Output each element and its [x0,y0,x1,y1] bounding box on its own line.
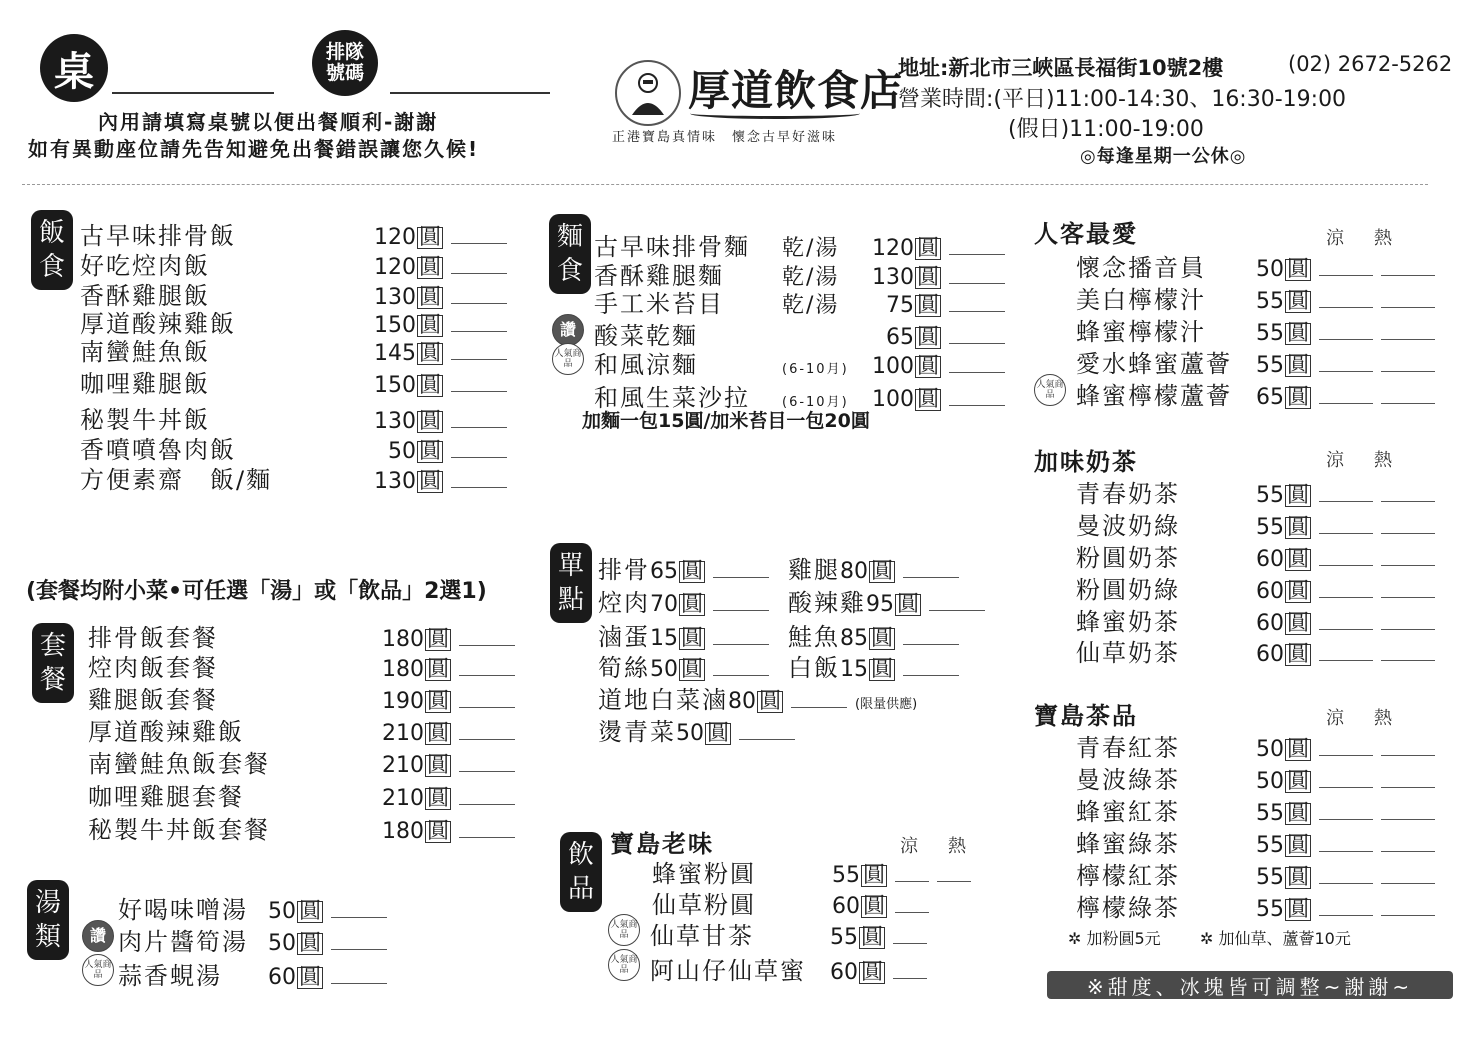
menu-item-name: 仙草甘茶 [650,916,828,951]
yuan-unit: 圓 [1285,899,1311,921]
quantity-blank[interactable] [1381,628,1435,630]
menu-item-name: 檸檬綠茶 [1076,888,1254,923]
menu-item-price: 15 [840,657,868,682]
quantity-blank[interactable] [451,426,507,428]
quantity-blank[interactable] [1319,306,1373,308]
menu-item-price: 55 [1254,833,1284,858]
popular-badge-icon: 人氣商品 [82,954,114,986]
yuan-unit: 圓 [1285,803,1311,825]
a-la-carte-item: 筍絲50圓 [598,648,769,683]
quantity-blank[interactable] [1319,402,1373,404]
noodle-addon-note: 加麵一包15圓/加米苔目一包20圓 [582,406,870,433]
menu-item-price: 55 [1254,897,1284,922]
quantity-blank[interactable] [1381,659,1435,661]
yuan-unit: 圓 [417,375,443,397]
seat-change-note: 如有異動座位請先告知避免出餐錯誤讓您久候! [28,133,479,162]
menu-item-name: 南蠻鮭魚飯 [80,332,370,367]
quantity-blank[interactable] [1381,306,1435,308]
quantity-blank[interactable] [895,911,929,913]
quantity-blank[interactable] [903,674,959,676]
menu-item-name: 肉片醬筍湯 [118,922,266,957]
yuan-unit: 圓 [757,691,783,713]
soup-section-tag: 湯類 [27,880,69,960]
quantity-blank[interactable] [1381,532,1435,534]
menu-item-price: 50 [266,899,296,924]
yuan-unit: 圓 [425,723,451,745]
menu-item-name: 蜂蜜檸檬蘆薈 [1076,376,1254,411]
quantity-blank[interactable] [893,942,927,944]
menu-item-row: 手工米苔目乾/湯75圓 [594,284,1005,319]
yuan-unit: 圓 [915,356,941,378]
a-la-carte-item: 白飯15圓 [788,648,959,683]
recommend-badge-icon: 讚 [552,314,584,346]
menu-item-row: 檸檬綠茶55圓 [1076,888,1435,923]
menu-item-name: 秘製牛丼飯套餐 [88,810,378,845]
quantity-blank[interactable] [459,803,515,805]
a-la-carte-section-tag: 單點 [550,543,592,623]
rice-section-tag: 飯食 [31,210,73,290]
menu-item-row: 蒜香蜆湯60圓 [118,956,387,991]
menu-item-name: 筍絲 [598,648,650,683]
quantity-blank[interactable] [459,706,515,708]
menu-item-row: 秘製牛丼飯套餐180圓 [88,810,515,845]
menu-item-name: 青春奶茶 [1076,474,1254,509]
queue-number-field[interactable] [390,92,550,94]
island-tea-title: 寶島茶品 [1034,696,1138,731]
yuan-unit: 圓 [297,933,323,955]
menu-item-row: 仙草粉圓60圓 [652,885,929,920]
menu-item-price: 210 [378,721,424,746]
menu-item-name: 仙草奶茶 [1076,633,1254,668]
quantity-blank[interactable] [929,609,985,611]
yuan-unit: 圓 [1285,387,1311,409]
menu-item-name: 滷蛋 [598,617,650,652]
yuan-unit: 圓 [297,967,323,989]
quantity-blank[interactable] [949,342,1005,344]
menu-item-row: 咖哩雞腿套餐210圓 [88,777,515,812]
menu-item-row: 蜂蜜粉圓55圓 [652,854,971,889]
yuan-unit: 圓 [425,821,451,843]
quantity-blank[interactable] [1319,338,1373,340]
quantity-blank[interactable] [1381,914,1435,916]
menu-item-row: 好喝味噌湯50圓 [118,890,387,925]
yuan-unit: 圓 [1285,355,1311,377]
yuan-unit: 圓 [1285,259,1311,281]
noodle-section-tag: 麵食 [549,214,591,294]
menu-item-row: 青春紅茶50圓 [1076,728,1435,763]
menu-item-option: 乾/湯 [782,288,868,319]
quantity-blank[interactable] [451,486,507,488]
addon-grass-jelly-note: ✲ 加仙草、蘆薈10元 [1200,926,1351,949]
yuan-unit: 圓 [425,788,451,810]
yuan-unit: 圓 [861,896,887,918]
popular-badge-icon: 人氣商品 [608,914,640,946]
menu-item-price: 50 [1254,737,1284,762]
yuan-unit: 圓 [1285,323,1311,345]
menu-item-name: 青春紅茶 [1076,728,1254,763]
menu-item-name: 曼波綠茶 [1076,760,1254,795]
quantity-blank[interactable] [1319,786,1373,788]
menu-item-row: 南蠻鮭魚飯145圓 [80,332,507,367]
a-la-carte-item: 滷蛋15圓 [598,617,769,652]
yuan-unit: 圓 [1285,517,1311,539]
menu-item-row: 蜂蜜檸檬蘆薈65圓 [1076,376,1435,411]
quantity-blank[interactable] [1381,882,1435,884]
quantity-blank[interactable] [903,643,959,645]
yuan-unit: 圓 [1285,771,1311,793]
yuan-unit: 圓 [679,561,705,583]
menu-item-price: 210 [378,753,424,778]
menu-item-price: 60 [1254,547,1284,572]
menu-item-row: 粉圓奶綠60圓 [1076,570,1435,605]
a-la-carte-item: 道地白菜滷80圓(限量供應) [598,680,917,715]
menu-item-price: 55 [828,925,858,950]
quantity-blank[interactable] [1381,754,1435,756]
menu-item-price: 100 [868,387,914,412]
yuan-unit: 圓 [705,723,731,745]
favorites-cold-header: 涼 [1326,224,1344,250]
quantity-blank[interactable] [331,982,387,984]
store-phone: (02) 2672-5262 [1288,52,1452,76]
menu-item-row: 方便素齋 飯/麵130圓 [80,460,507,495]
menu-item-row: 蜂蜜奶茶60圓 [1076,602,1435,637]
menu-item-name: 蜂蜜粉圓 [652,854,830,889]
menu-item-price: 50 [1254,257,1284,282]
quantity-blank[interactable] [1319,659,1373,661]
chef-portrait-icon [628,69,668,117]
store-address: 地址:新北市三峽區長福街10號2樓 [898,52,1223,82]
menu-item-name: 焢肉飯套餐 [88,648,378,683]
popular-badge-icon: 人氣商品 [608,949,640,981]
quantity-blank[interactable] [1381,500,1435,502]
menu-item-price: 50 [1254,769,1284,794]
yuan-unit: 圓 [1285,291,1311,313]
quantity-blank[interactable] [1319,274,1373,276]
menu-item-name: 焢肉 [598,583,650,618]
quantity-blank[interactable] [937,880,971,882]
quantity-blank[interactable] [459,836,515,838]
menu-item-price: 55 [1254,483,1284,508]
menu-item-name: 厚道酸辣雞飯 [88,712,378,747]
set-meal-note: (套餐均附小菜•可任選「湯」或「飲品」2選1) [26,574,487,605]
menu-item-price: 100 [868,354,914,379]
quantity-blank[interactable] [451,242,507,244]
menu-item-price: 60 [266,965,296,990]
menu-item-price: 50 [266,931,296,956]
a-la-carte-item: 鮭魚85圓 [788,617,959,652]
menu-item-row: 焢肉飯套餐180圓 [88,648,515,683]
island-tea-cold-header: 涼 [1326,704,1344,730]
quantity-blank[interactable] [949,253,1005,255]
menu-item-name: 蜂蜜檸檬汁 [1076,312,1254,347]
menu-item-price: 65 [650,559,678,584]
menu-item-row: 肉片醬筍湯50圓 [118,922,387,957]
yuan-unit: 圓 [417,343,443,365]
quantity-blank[interactable] [1319,500,1373,502]
menu-item-row: 厚道酸辣雞飯210圓 [88,712,515,747]
menu-item-row: 青春奶茶55圓 [1076,474,1435,509]
table-label-badge: 桌 [40,34,108,102]
menu-item-row: 仙草奶茶60圓 [1076,633,1435,668]
quantity-blank[interactable] [459,770,515,772]
yuan-unit: 圓 [869,659,895,681]
menu-item-name: 好喝味噌湯 [118,890,266,925]
menu-item-name: 酸辣雞 [788,583,866,618]
quantity-blank[interactable] [1381,818,1435,820]
menu-item-price: 180 [378,657,424,682]
yuan-unit: 圓 [1285,644,1311,666]
quantity-blank[interactable] [459,644,515,646]
yuan-unit: 圓 [859,927,885,949]
menu-item-row: 曼波奶綠55圓 [1076,506,1435,541]
menu-item-row: 雞腿飯套餐190圓 [88,680,515,715]
yuan-unit: 圓 [1285,581,1311,603]
menu-item-price: 55 [1254,801,1284,826]
quantity-blank[interactable] [1319,532,1373,534]
menu-item-name: 檸檬紅茶 [1076,856,1254,891]
menu-item-name: 方便素齋 飯/麵 [80,460,370,495]
yuan-unit: 圓 [1285,867,1311,889]
yuan-unit: 圓 [679,659,705,681]
menu-item-price: 55 [1254,865,1284,890]
yuan-unit: 圓 [425,691,451,713]
menu-item-price: 150 [370,373,416,398]
quantity-blank[interactable] [903,576,959,578]
menu-item-row: 蜂蜜檸檬汁55圓 [1076,312,1435,347]
a-la-carte-item: 酸辣雞95圓 [788,583,985,618]
a-la-carte-item: 焢肉70圓 [598,583,769,618]
menu-item-row: 曼波綠茶50圓 [1076,760,1435,795]
menu-item-name: 雞腿飯套餐 [88,680,378,715]
quantity-blank[interactable] [1381,596,1435,598]
menu-item-row: 南蠻鮭魚飯套餐210圓 [88,744,515,779]
yuan-unit: 圓 [895,594,921,616]
quantity-blank[interactable] [1381,786,1435,788]
yuan-unit: 圓 [915,389,941,411]
menu-item-price: 145 [370,341,416,366]
menu-item-name: 愛水蜂蜜蘆薈 [1076,344,1254,379]
menu-item-price: 70 [650,592,678,617]
menu-item-price: 80 [840,559,868,584]
quantity-blank[interactable] [459,674,515,676]
milk-tea-hot-header: 熱 [1374,446,1392,472]
menu-item-row: 粉圓奶茶60圓 [1076,538,1435,573]
quantity-blank[interactable] [1319,914,1373,916]
menu-item-name: 道地白菜滷 [598,680,728,715]
yuan-unit: 圓 [1285,613,1311,635]
menu-item-name: 粉圓奶茶 [1076,538,1254,573]
menu-item-name: 蜂蜜紅茶 [1076,792,1254,827]
menu-item-name: 鮭魚 [788,617,840,652]
quantity-blank[interactable] [1319,370,1373,372]
quantity-blank[interactable] [949,310,1005,312]
a-la-carte-item: 雞腿80圓 [788,550,959,585]
menu-item-option: (6-10月) [782,358,868,377]
menu-item-name: 蜂蜜綠茶 [1076,824,1254,859]
menu-item-name: 咖哩雞腿飯 [80,364,370,399]
menu-item-row: 蜂蜜紅茶55圓 [1076,792,1435,827]
menu-item-price: 80 [728,689,756,714]
drink-section-tag: 飲品 [560,832,602,912]
menu-item-row: 美白檸檬汁55圓 [1076,280,1435,315]
quantity-blank[interactable] [1319,882,1373,884]
menu-item-name: 粉圓奶綠 [1076,570,1254,605]
menu-item-price: 55 [1254,289,1284,314]
yuan-unit: 圓 [859,962,885,984]
a-la-carte-item: 排骨65圓 [598,550,769,585]
quantity-blank[interactable] [451,272,507,274]
yuan-unit: 圓 [1285,485,1311,507]
quantity-blank[interactable] [1381,402,1435,404]
menu-item-row: 阿山仔仙草蜜60圓 [650,951,927,986]
yuan-unit: 圓 [297,901,323,923]
store-logo-emblem [615,60,681,126]
set-meal-section-tag: 套餐 [32,623,74,703]
menu-item-row: 咖哩雞腿飯150圓 [80,364,507,399]
quantity-blank[interactable] [1381,850,1435,852]
quantity-blank[interactable] [895,880,929,882]
milk-tea-title: 加味奶茶 [1034,442,1138,477]
menu-item-price: 190 [378,689,424,714]
menu-item-row: 蜂蜜綠茶55圓 [1076,824,1435,859]
favorites-title: 人客最愛 [1034,214,1138,249]
menu-item-name: 懷念播音員 [1076,248,1254,283]
menu-item-name: 白飯 [788,648,840,683]
menu-item-row: 懷念播音員50圓 [1076,248,1435,283]
quantity-blank[interactable] [1319,850,1373,852]
quantity-blank[interactable] [331,916,387,918]
quantity-blank[interactable] [713,674,769,676]
menu-item-name: 燙青菜 [598,712,676,747]
quantity-blank[interactable] [1381,338,1435,340]
table-number-field[interactable] [112,92,274,94]
menu-item-name: 蒜香蜆湯 [118,956,266,991]
menu-item-price: 50 [676,721,704,746]
menu-item-price: 75 [868,293,914,318]
menu-item-name: 美白檸檬汁 [1076,280,1254,315]
store-name-swoosh [690,108,860,119]
milk-tea-cold-header: 涼 [1326,446,1344,472]
dine-in-note: 內用請填寫桌號以便出餐順利-謝謝 [98,106,438,135]
yuan-unit: 圓 [1285,739,1311,761]
quantity-blank[interactable] [459,738,515,740]
menu-item-price: 50 [650,657,678,682]
quantity-blank[interactable] [1319,818,1373,820]
hours-weekday: 營業時間:(平日)11:00-14:30、16:30-19:00 [898,82,1346,113]
yuan-unit: 圓 [915,295,941,317]
quantity-blank[interactable] [1381,370,1435,372]
quantity-blank[interactable] [451,390,507,392]
menu-item-row: 檸檬紅茶55圓 [1076,856,1435,891]
menu-item-name: 阿山仔仙草蜜 [650,951,828,986]
menu-item-name: 蜂蜜奶茶 [1076,602,1254,637]
limited-supply-note: (限量供應) [855,693,917,712]
quantity-blank[interactable] [1319,754,1373,756]
yuan-unit: 圓 [1285,549,1311,571]
a-la-carte-item: 燙青菜50圓 [598,712,795,747]
menu-item-name: 手工米苔目 [594,284,782,319]
quantity-blank[interactable] [1319,564,1373,566]
popular-badge-icon: 人氣商品 [1034,374,1066,406]
menu-item-price: 60 [828,960,858,985]
queue-label-badge: 排隊號碼 [312,30,378,96]
yuan-unit: 圓 [425,755,451,777]
menu-item-name: 南蠻鮭魚飯套餐 [88,744,378,779]
menu-item-price: 210 [378,786,424,811]
quantity-blank[interactable] [713,609,769,611]
yuan-unit: 圓 [861,865,887,887]
menu-item-price: 130 [370,469,416,494]
yuan-unit: 圓 [869,628,895,650]
quantity-blank[interactable] [451,456,507,458]
quantity-blank[interactable] [1319,628,1373,630]
menu-item-price: 65 [1254,385,1284,410]
hours-holiday: (假日)11:00-19:00 [1008,112,1204,143]
addon-pearl-note: ✲ 加粉圓5元 [1068,926,1161,949]
quantity-blank[interactable] [331,948,387,950]
menu-item-row: 和風涼麵(6-10月)100圓 [594,345,1005,380]
closed-day-note: ◎每逢星期一公休◎ [1080,142,1246,168]
quantity-blank[interactable] [713,643,769,645]
sweetness-ice-banner: ※甜度、冰塊皆可調整~謝謝~ [1047,971,1453,999]
quantity-blank[interactable] [451,358,507,360]
store-slogan: 正港寶島真情味 懷念古早好滋味 [612,126,837,145]
menu-item-price: 60 [1254,642,1284,667]
menu-item-price: 55 [1254,353,1284,378]
yuan-unit: 圓 [869,561,895,583]
header-divider [22,184,1428,185]
quantity-blank[interactable] [1381,274,1435,276]
menu-item-price: 95 [866,592,894,617]
menu-item-name: 排骨 [598,550,650,585]
quantity-blank[interactable] [949,404,1005,406]
quantity-blank[interactable] [949,371,1005,373]
recommend-badge-icon: 讚 [82,920,114,952]
quantity-blank[interactable] [893,977,927,979]
quantity-blank[interactable] [1381,564,1435,566]
yuan-unit: 圓 [1285,835,1311,857]
quantity-blank[interactable] [1319,596,1373,598]
menu-item-name: 仙草粉圓 [652,885,830,920]
favorites-hot-header: 熱 [1374,224,1392,250]
menu-item-price: 55 [1254,515,1284,540]
menu-item-name: 曼波奶綠 [1076,506,1254,541]
quantity-blank[interactable] [791,706,847,708]
quantity-blank[interactable] [739,738,795,740]
menu-item-price: 180 [378,819,424,844]
popular-badge-icon: 人氣商品 [552,343,584,375]
yuan-unit: 圓 [417,471,443,493]
yuan-unit: 圓 [679,594,705,616]
menu-item-row: 仙草甘茶55圓 [650,916,927,951]
menu-item-name: 雞腿 [788,550,840,585]
menu-item-row: 愛水蜂蜜蘆薈55圓 [1076,344,1435,379]
yuan-unit: 圓 [425,659,451,681]
menu-item-price: 60 [1254,579,1284,604]
quantity-blank[interactable] [713,576,769,578]
menu-item-name: 咖哩雞腿套餐 [88,777,378,812]
menu-item-name: 和風涼麵 [594,345,782,380]
yuan-unit: 圓 [679,628,705,650]
menu-item-price: 55 [1254,321,1284,346]
island-tea-hot-header: 熱 [1374,704,1392,730]
